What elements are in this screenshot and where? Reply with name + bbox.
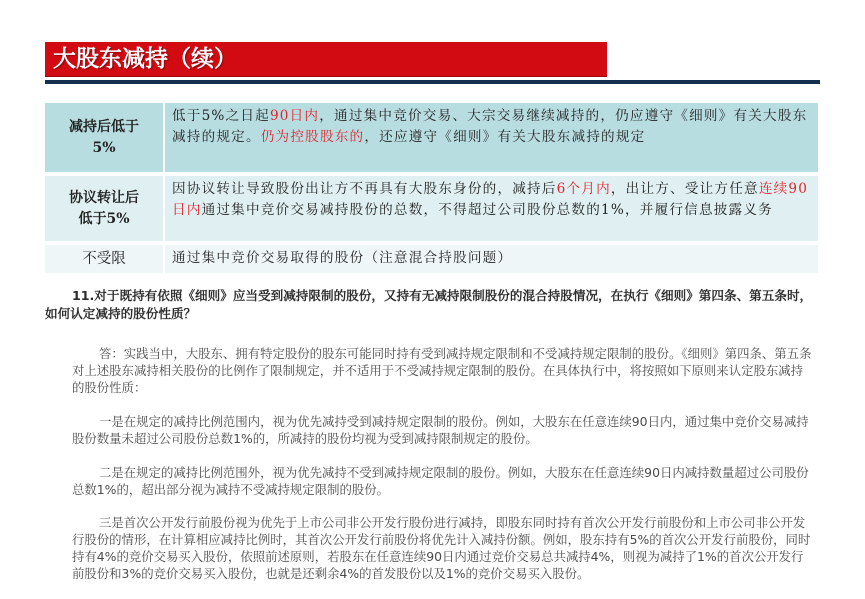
question-heading: 11.对于既持有依照《细则》应当受到减持限制的股份，又持有无减持限制股份的混合持… (45, 287, 815, 323)
row-label: 不受限 (45, 245, 163, 273)
answer-text: 答：实践当中，大股东、拥有特定股份的股东可能同时持有受到减持规定限制和不受减持规… (72, 346, 811, 395)
text-segment: 通过集中竞价交易取得的股份（注意混合持股问题） (172, 250, 512, 266)
row-label-text: 减持后低于5% (59, 117, 149, 159)
page-title: 大股东减持（续） (53, 45, 237, 73)
highlight-segment: 90日内 (270, 108, 319, 124)
answer-paragraph: 一是在规定的减持比例范围内，视为优先减持受到减持规定限制的股份。例如，大股东在任… (72, 413, 812, 447)
row-content: 低于5%之日起90日内，通过集中竞价交易、大宗交易继续减持的，仍应遵守《细则》有… (165, 103, 818, 172)
answer-paragraph: 三是首次公开发行前股份视为优先于上市公司非公开发行股份进行减持，即股东同时持有首… (72, 514, 812, 582)
text-segment: ，出让方、受让方任意 (611, 181, 759, 197)
highlight-segment: 仍为控股股东的 (261, 129, 365, 145)
answer-text: 三是首次公开发行前股份视为优先于上市公司非公开发行股份进行减持，即股东同时持有首… (72, 515, 810, 581)
title-bar: 大股东减持（续） (45, 42, 607, 77)
row-label: 协议转让后低于5% (45, 176, 163, 241)
row-content: 通过集中竞价交易取得的股份（注意混合持股问题） (165, 245, 818, 273)
text-segment: 通过集中竞价交易减持股份的总数，不得超过公司股份总数的1%，并履行信息披露义务 (202, 202, 773, 218)
row-label: 减持后低于5% (45, 103, 163, 172)
table-row: 协议转让后低于5% 因协议转让导致股份出让方不再具有大股东身份的，减持后6个月内… (45, 176, 818, 241)
table-row: 减持后低于5% 低于5%之日起90日内，通过集中竞价交易、大宗交易继续减持的，仍… (45, 103, 818, 172)
text-segment: ，还应遵守《细则》有关大股东减持的规定 (364, 129, 645, 145)
row-content: 因协议转让导致股份出让方不再具有大股东身份的，减持后6个月内，出让方、受让方任意… (165, 176, 818, 241)
title-divider (45, 80, 820, 84)
answer-text: 一是在规定的减持比例范围内，视为优先减持受到减持规定限制的股份。例如，大股东在任… (72, 414, 809, 446)
question-text: 11.对于既持有依照《细则》应当受到减持限制的股份，又持有无减持限制股份的混合持… (45, 288, 812, 321)
text-segment: 因协议转让导致股份出让方不再具有大股东身份的，减持后 (172, 181, 557, 197)
answer-paragraph: 二是在规定的减持比例范围外，视为优先减持不受到减持规定限制的股份。例如，大股东在… (72, 464, 812, 498)
rules-table: 减持后低于5% 低于5%之日起90日内，通过集中竞价交易、大宗交易继续减持的，仍… (45, 103, 818, 277)
answer-paragraph: 答：实践当中，大股东、拥有特定股份的股东可能同时持有受到减持规定限制和不受减持规… (72, 345, 812, 396)
text-segment: 低于5%之日起 (172, 108, 270, 124)
answer-text: 二是在规定的减持比例范围外，视为优先减持不受到减持规定限制的股份。例如，大股东在… (72, 465, 809, 497)
row-label-text: 不受限 (82, 249, 126, 270)
row-label-text: 协议转让后低于5% (64, 188, 144, 230)
table-row: 不受限 通过集中竞价交易取得的股份（注意混合持股问题） (45, 245, 818, 273)
highlight-segment: 6个月内 (557, 181, 611, 197)
